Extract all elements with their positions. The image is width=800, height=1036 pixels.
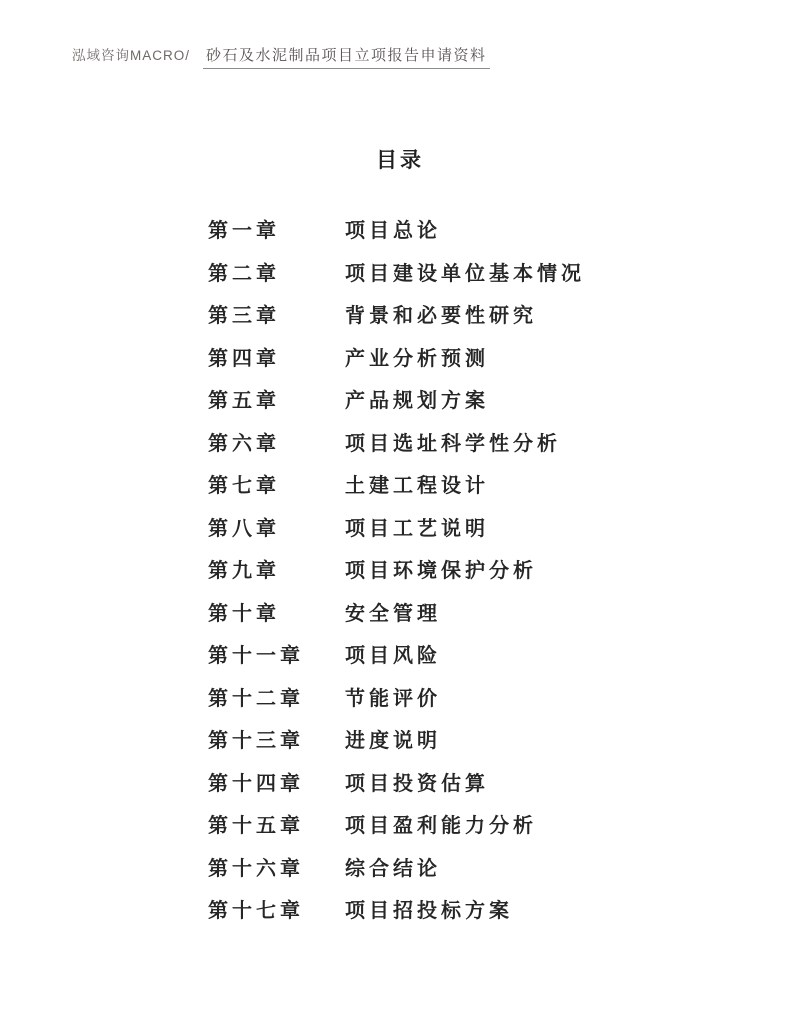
toc-row: 第九章 项目环境保护分析 [208, 561, 638, 604]
chapter-label: 第十二章 [208, 689, 345, 710]
chapter-title: 项目工艺说明 [345, 519, 638, 540]
chapter-title: 安全管理 [345, 604, 638, 625]
toc-row: 第十四章 项目投资估算 [208, 774, 638, 817]
chapter-label: 第三章 [208, 306, 345, 327]
toc-row: 第十六章 综合结论 [208, 859, 638, 902]
toc-row: 第十五章 项目盈利能力分析 [208, 816, 638, 859]
toc-row: 第八章 项目工艺说明 [208, 519, 638, 562]
chapter-label: 第十七章 [208, 901, 345, 922]
toc-row: 第十七章 项目招投标方案 [208, 901, 638, 944]
toc-row: 第十二章 节能评价 [208, 689, 638, 732]
document-page: 泓域咨询MACRO/ 砂石及水泥制品项目立项报告申请资料 目录 第一章 项目总论… [0, 0, 800, 1036]
chapter-title: 背景和必要性研究 [345, 306, 638, 327]
toc-row: 第七章 土建工程设计 [208, 476, 638, 519]
chapter-label: 第十四章 [208, 774, 345, 795]
chapter-title: 项目建设单位基本情况 [345, 264, 638, 285]
toc-row: 第六章 项目选址科学性分析 [208, 434, 638, 477]
chapter-label: 第十五章 [208, 816, 345, 837]
toc-row: 第五章 产品规划方案 [208, 391, 638, 434]
toc-row: 第十三章 进度说明 [208, 731, 638, 774]
chapter-title: 项目选址科学性分析 [345, 434, 638, 455]
toc-row: 第十一章 项目风险 [208, 646, 638, 689]
chapter-title: 综合结论 [345, 859, 638, 880]
toc-heading: 目录 [0, 144, 800, 174]
toc-list: 第一章 项目总论 第二章 项目建设单位基本情况 第三章 背景和必要性研究 第四章… [208, 221, 638, 944]
chapter-label: 第十一章 [208, 646, 345, 667]
chapter-title: 项目总论 [345, 221, 638, 242]
chapter-label: 第十章 [208, 604, 345, 625]
chapter-label: 第十三章 [208, 731, 345, 752]
chapter-title: 产品规划方案 [345, 391, 638, 412]
chapter-label: 第九章 [208, 561, 345, 582]
toc-row: 第一章 项目总论 [208, 221, 638, 264]
chapter-title: 节能评价 [345, 689, 638, 710]
chapter-title: 项目投资估算 [345, 774, 638, 795]
toc-row: 第三章 背景和必要性研究 [208, 306, 638, 349]
toc-row: 第十章 安全管理 [208, 604, 638, 647]
toc-row: 第四章 产业分析预测 [208, 349, 638, 392]
chapter-title: 产业分析预测 [345, 349, 638, 370]
chapter-label: 第八章 [208, 519, 345, 540]
document-title: 砂石及水泥制品项目立项报告申请资料 [203, 44, 490, 69]
chapter-title: 土建工程设计 [345, 476, 638, 497]
chapter-label: 第五章 [208, 391, 345, 412]
document-header: 泓域咨询MACRO/ 砂石及水泥制品项目立项报告申请资料 [72, 44, 490, 69]
chapter-label: 第二章 [208, 264, 345, 285]
chapter-label: 第七章 [208, 476, 345, 497]
chapter-title: 项目环境保护分析 [345, 561, 638, 582]
chapter-label: 第十六章 [208, 859, 345, 880]
chapter-title: 项目盈利能力分析 [345, 816, 638, 837]
chapter-title: 项目招投标方案 [345, 901, 638, 922]
chapter-title: 进度说明 [345, 731, 638, 752]
consulting-brand-label: 泓域咨询MACRO/ [72, 44, 190, 64]
chapter-label: 第四章 [208, 349, 345, 370]
chapter-title: 项目风险 [345, 646, 638, 667]
chapter-label: 第一章 [208, 221, 345, 242]
chapter-label: 第六章 [208, 434, 345, 455]
toc-row: 第二章 项目建设单位基本情况 [208, 264, 638, 307]
